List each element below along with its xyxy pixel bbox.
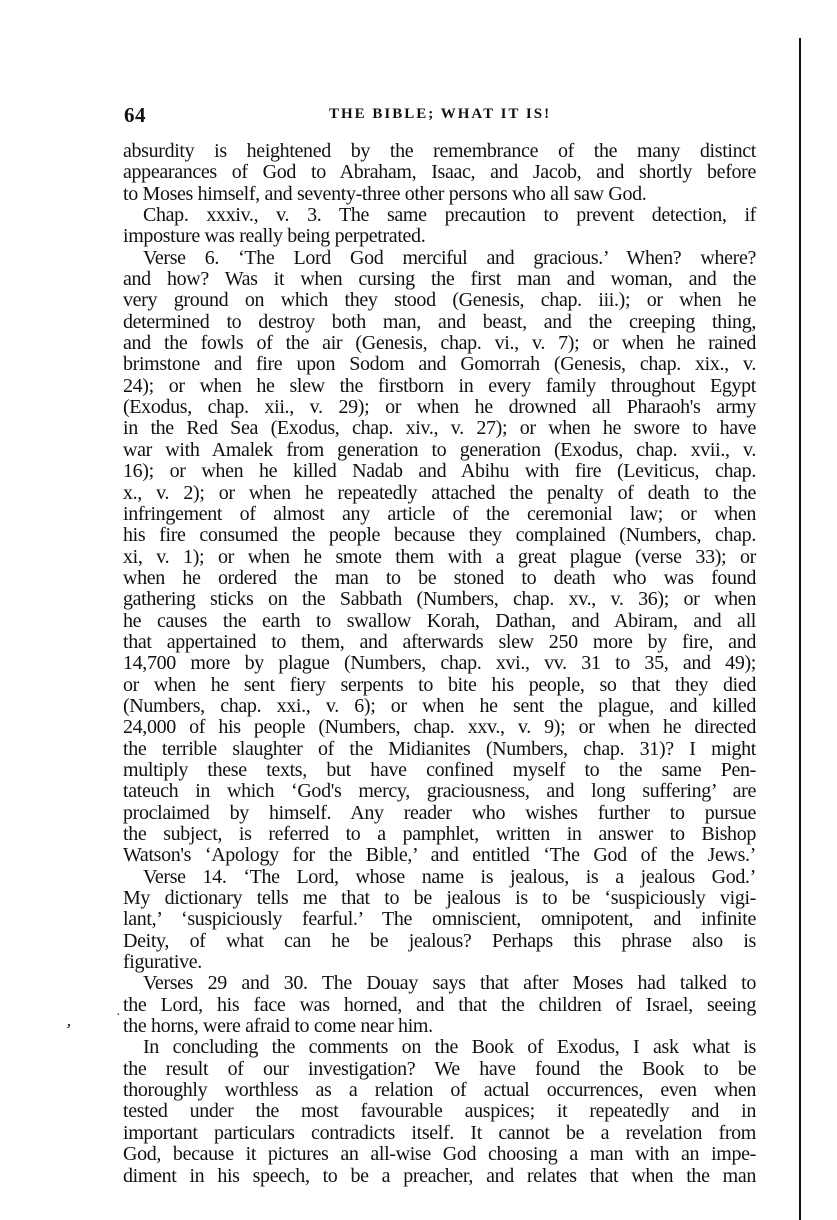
text-line: that appertained to them, and afterwards… [123, 632, 756, 653]
text-line: 16); or when he killed Nadab and Abihu w… [123, 461, 756, 482]
text-line: Deity, of what can he be jealous? Perhap… [123, 931, 756, 952]
text-line: the subject, is referred to a pamphlet, … [123, 824, 756, 845]
text-line: x., v. 2); or when he repeatedly attache… [123, 483, 756, 504]
text-line: (Exodus, chap. xii., v. 29); or when he … [123, 397, 756, 418]
text-line: the result of our investigation? We have… [123, 1059, 756, 1080]
text-line: In concluding the comments on the Book o… [123, 1037, 756, 1058]
text-line: imposture was really being perpetrated. [123, 226, 756, 247]
text-line: determined to destroy both man, and beas… [123, 312, 756, 333]
text-line: to Moses himself, and seventy-three othe… [123, 184, 756, 205]
text-line: (Numbers, chap. xxi., v. 6); or when he … [123, 696, 756, 717]
text-line: diment in his speech, to be a preacher, … [123, 1166, 756, 1187]
text-line: appearances of God to Abraham, Isaac, an… [123, 162, 756, 183]
text-line: multiply these texts, but have confined … [123, 760, 756, 781]
text-line: or when he sent fiery serpents to bite h… [123, 675, 756, 696]
text-line: the horns, were afraid to come near him. [123, 1016, 756, 1037]
text-line: 14,700 more by plague (Numbers, chap. xv… [123, 653, 756, 674]
text-line: God, because it pictures an all-wise God… [123, 1144, 756, 1165]
stray-print-mark: · [116, 1008, 121, 1024]
text-line: in the Red Sea (Exodus, chap. xiv., v. 2… [123, 418, 756, 439]
text-line: the Lord, his face was horned, and that … [123, 995, 756, 1016]
text-line: his fire consumed the people because the… [123, 525, 756, 546]
text-line: he causes the earth to swallow Korah, Da… [123, 611, 756, 632]
running-title: THE BIBLE; WHAT IT IS! [124, 106, 756, 123]
stray-ink-mark: , [65, 1010, 75, 1031]
text-line: when he ordered the man to be stoned to … [123, 568, 756, 589]
text-line: infringement of almost any article of th… [123, 504, 756, 525]
text-line: and the fowls of the air (Genesis, chap.… [123, 333, 756, 354]
text-line: 24,000 of his people (Numbers, chap. xxv… [123, 717, 756, 738]
text-line: important particulars contradicts itself… [123, 1123, 756, 1144]
text-line: xi, v. 1); or when he smote them with a … [123, 547, 756, 568]
text-line: tested under the most favourable auspice… [123, 1101, 756, 1122]
text-line: war with Amalek from generation to gener… [123, 440, 756, 461]
body-text: absurdity is heightened by the remembran… [123, 141, 756, 1187]
text-line: gathering sticks on the Sabbath (Numbers… [123, 589, 756, 610]
page-gutter-line [799, 38, 801, 1220]
text-line: My dictionary tells me that to be jealou… [123, 888, 756, 909]
text-line: thoroughly worthless as a relation of ac… [123, 1080, 756, 1101]
text-line: 24); or when he slew the firstborn in ev… [123, 376, 756, 397]
text-line: the terrible slaughter of the Midianites… [123, 739, 756, 760]
text-line: absurdity is heightened by the remembran… [123, 141, 756, 162]
text-line: tateuch in which ‘God's mercy, graciousn… [123, 781, 756, 802]
text-line: Watson's ‘Apology for the Bible,’ and en… [123, 845, 756, 866]
text-line: very ground on which they stood (Genesis… [123, 290, 756, 311]
book-page: 64 THE BIBLE; WHAT IT IS! absurdity is h… [0, 0, 837, 1220]
text-line: figurative. [123, 952, 756, 973]
text-line: Verse 6. ‘The Lord God merciful and grac… [123, 248, 756, 269]
running-head: 64 THE BIBLE; WHAT IT IS! [124, 103, 756, 127]
text-line: Verse 14. ‘The Lord, whose name is jealo… [123, 867, 756, 888]
text-line: Verses 29 and 30. The Douay says that af… [123, 973, 756, 994]
text-line: proclaimed by himself. Any reader who wi… [123, 803, 756, 824]
text-line: and how? Was it when cursing the first m… [123, 269, 756, 290]
text-line: brimstone and fire upon Sodom and Gomorr… [123, 354, 756, 375]
text-line: lant,’ ‘suspiciously fearful.’ The omnis… [123, 909, 756, 930]
text-line: Chap. xxxiv., v. 3. The same precaution … [123, 205, 756, 226]
